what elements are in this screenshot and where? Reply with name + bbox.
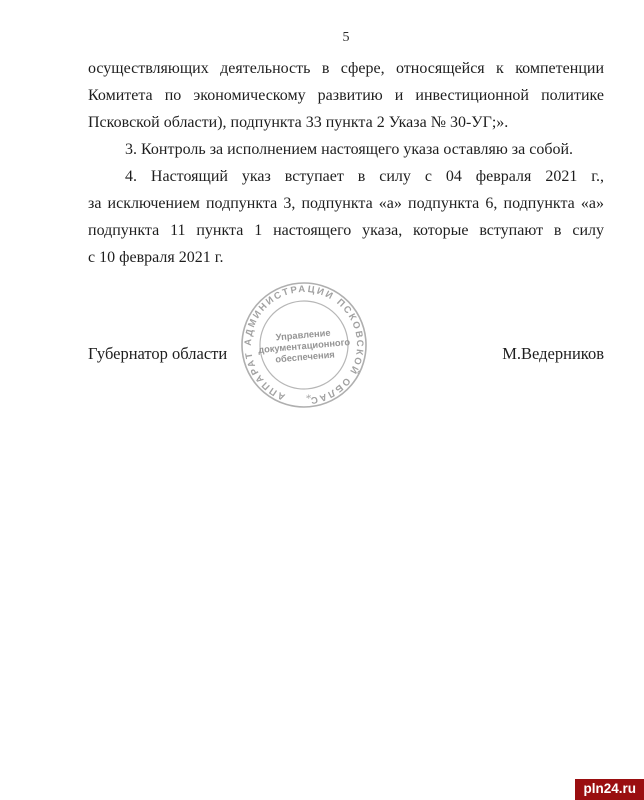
decree-body-text: осуществляющих деятельность в сфере, отн…	[88, 55, 604, 271]
text-line: осуществляющих деятельность в сфере, отн…	[88, 55, 604, 82]
stamp-star-icon: *	[305, 393, 312, 405]
page-number: 5	[88, 30, 604, 46]
text-line: за исключением подпункта 3, подпункта «а…	[88, 190, 604, 217]
official-stamp: АППАРАТ АДМИНИСТРАЦИИ ПСКОВСКОЙ ОБЛАСТИ …	[238, 279, 370, 411]
document-page: 5 осуществляющих деятельность в сфере, о…	[0, 0, 644, 800]
text-line: Комитета по экономическому развитию и ин…	[88, 82, 604, 109]
text-line: 3. Контроль за исполнением настоящего ук…	[88, 136, 604, 163]
signer-title: Губернатор области	[88, 344, 227, 364]
signer-name: М.Ведерников	[502, 344, 604, 364]
watermark-badge: pln24.ru	[575, 779, 644, 800]
text-line: 4. Настоящий указ вступает в силу с 04 ф…	[88, 163, 604, 190]
text-line: подпункта 11 пункта 1 настоящего указа, …	[88, 217, 604, 244]
text-line: с 10 февраля 2021 г.	[88, 244, 604, 271]
stamp-graphic: АППАРАТ АДМИНИСТРАЦИИ ПСКОВСКОЙ ОБЛАСТИ …	[238, 279, 370, 411]
text-line: Псковской области), подпункта 33 пункта …	[88, 109, 604, 136]
